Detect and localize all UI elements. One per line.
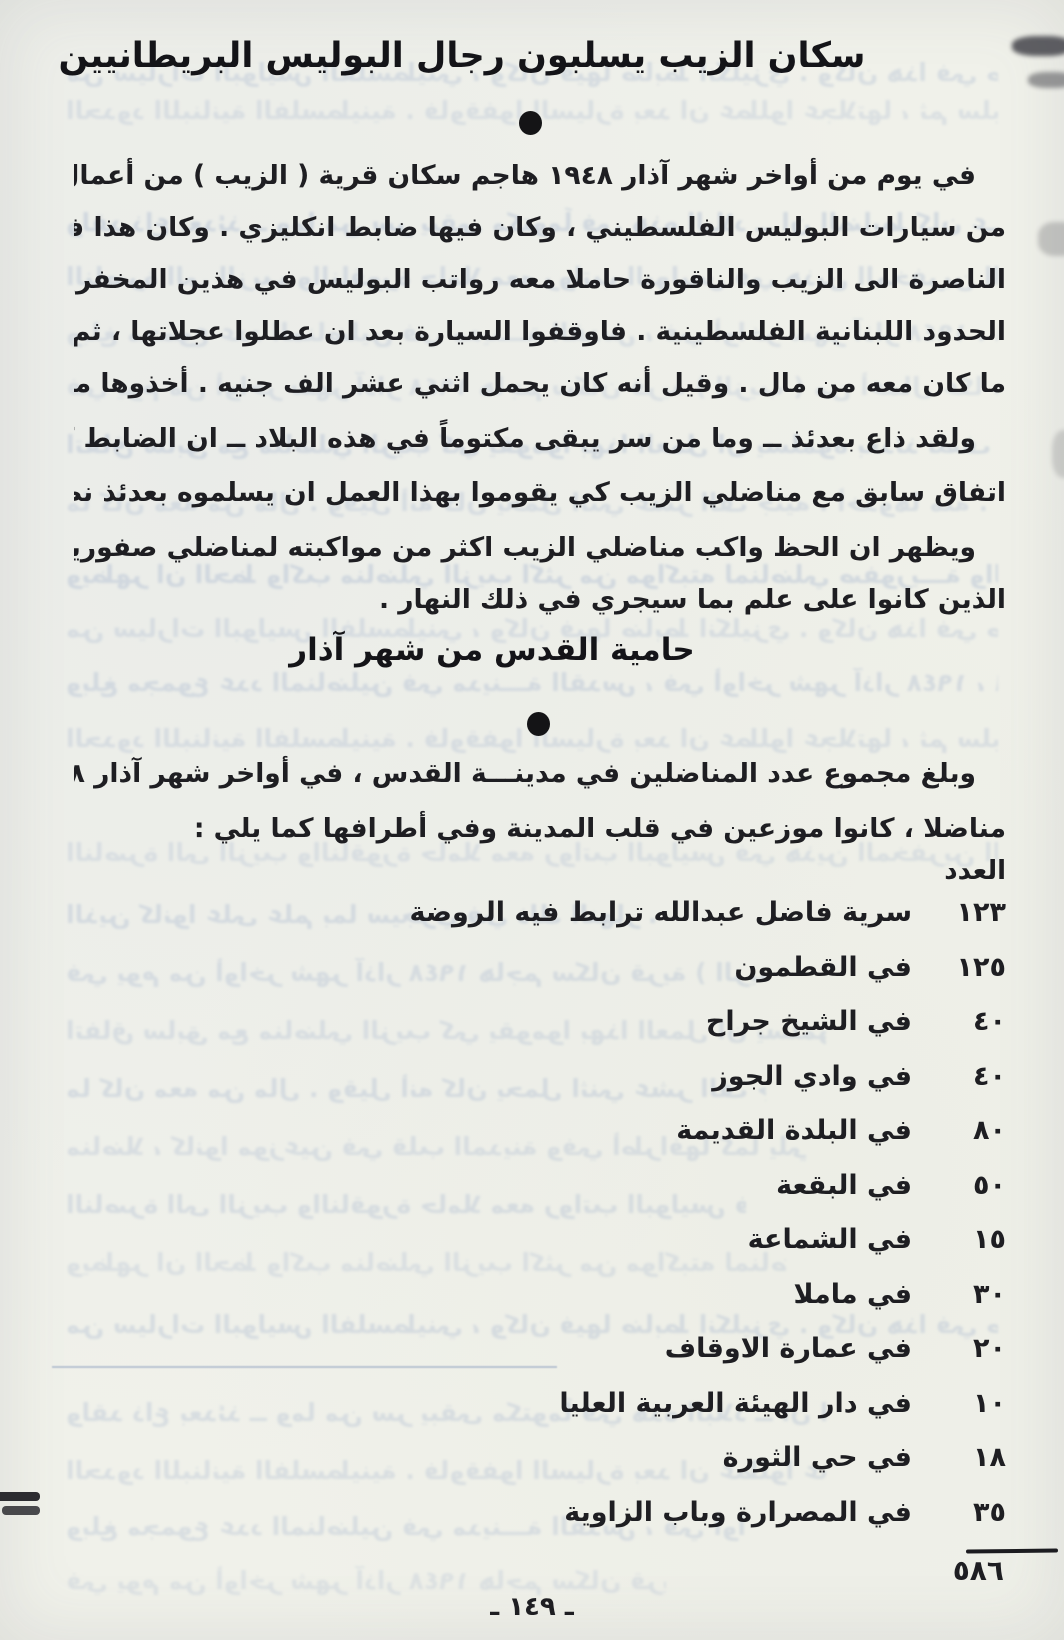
list-item: ٤٠ في الشيخ جراح xyxy=(74,1005,1006,1060)
bleed-through-text: في يوم من أواخر شهر آذار ١٩٤٨ هاجم سكان … xyxy=(66,1566,666,1595)
fighter-count: ٣٠ xyxy=(928,1278,1006,1312)
paragraph-line: في يوم من أواخر شهر آذار ١٩٤٨ هاجم سكان … xyxy=(74,150,1006,202)
list-item: ٢٠ في عمارة الاوقاف xyxy=(74,1332,1006,1387)
fighter-count: ٨٠ xyxy=(928,1114,1006,1148)
ink-smudge xyxy=(1052,430,1064,478)
location-label: في ماملا xyxy=(794,1278,912,1312)
count-column-header: العدد xyxy=(944,856,1006,886)
fighter-count: ٥٠ xyxy=(928,1169,1006,1203)
fighter-count: ١٥ xyxy=(928,1223,1006,1257)
location-label: في البقعة xyxy=(776,1169,912,1203)
fighter-count: ١٢٥ xyxy=(928,951,1006,985)
fighter-count: ١٨ xyxy=(928,1441,1006,1475)
list-item: ١٢٣ سرية فاضل عبدالله ترابط فيه الروضة xyxy=(74,896,1006,951)
garrison-list: ١٢٣ سرية فاضل عبدالله ترابط فيه الروضة ١… xyxy=(74,896,1006,1550)
paragraph-line: الناصرة الى الزيب والناقورة حاملا معه رو… xyxy=(74,254,1006,306)
separator-dot-icon xyxy=(527,712,550,736)
paragraph-line: من سيارات البوليس الفلسطيني ، وكان فيها … xyxy=(74,202,1006,254)
fighter-count: ٣٥ xyxy=(928,1496,1006,1530)
ink-smudge xyxy=(1012,36,1064,56)
paragraph-line: اتفاق سابق مع مناضلي الزيب كي يقوموا بهذ… xyxy=(74,466,1006,520)
ink-smudge xyxy=(1028,72,1064,88)
location-label: في عمارة الاوقاف xyxy=(665,1332,912,1366)
location-label: في حي الثورة xyxy=(723,1441,912,1475)
total-count: ٥٨٦ xyxy=(953,1554,1004,1587)
fighter-count: ٢٠ xyxy=(928,1332,1006,1366)
list-item: ٤٠ في وادي الجوز xyxy=(74,1060,1006,1115)
list-item: ١٢٥ في القطمون xyxy=(74,951,1006,1006)
article-title: سكان الزيب يسلبون رجال البوليس البريطاني… xyxy=(0,36,928,76)
separator-dot-icon xyxy=(519,111,542,135)
location-label: في المصرارة وباب الزاوية xyxy=(564,1496,912,1530)
fighter-count: ١٢٣ xyxy=(928,896,1006,930)
fighter-count: ٤٠ xyxy=(928,1005,1006,1039)
fighter-count: ١٠ xyxy=(928,1387,1006,1421)
paragraph-line: ويظهر ان الحظ واكب مناضلي الزيب اكثر من … xyxy=(74,522,1006,574)
list-item: ١٠ في دار الهيئة العربية العليا xyxy=(74,1387,1006,1442)
paragraph: وبلغ مجموع عدد المناضلين في مدينـــة الق… xyxy=(74,746,1006,856)
paragraph-line: الذين كانوا على علم بما سيجري في ذلك الن… xyxy=(74,574,1006,626)
list-item: ٣٠ في ماملا xyxy=(74,1278,1006,1333)
page-number: ـ ١٤٩ ـ xyxy=(0,1592,1064,1622)
paragraph: ويظهر ان الحظ واكب مناضلي الزيب اكثر من … xyxy=(74,522,1006,626)
paragraph-line: وبلغ مجموع عدد المناضلين في مدينـــة الق… xyxy=(74,746,1006,801)
paragraph-line: الحدود اللبنانية الفلسطينية . فاوقفوا ال… xyxy=(74,306,1006,358)
paragraph: ولقد ذاع بعدئذ ــ وما من سر يبقى مكتوماً… xyxy=(74,412,1006,520)
location-label: في وادي الجوز xyxy=(712,1060,912,1094)
paragraph-line: ولقد ذاع بعدئذ ــ وما من سر يبقى مكتوماً… xyxy=(74,412,1006,466)
location-label: في الشماعة xyxy=(748,1223,912,1257)
list-item: ١٥ في الشماعة xyxy=(74,1223,1006,1278)
list-item: ٣٥ في المصرارة وباب الزاوية xyxy=(74,1496,1006,1551)
paragraph-line: ما كان معه من مال . وقيل أنه كان يحمل اث… xyxy=(74,358,1006,410)
sum-rule xyxy=(966,1549,1058,1553)
location-label: سرية فاضل عبدالله ترابط فيه الروضة xyxy=(410,896,912,930)
list-item: ١٨ في حي الثورة xyxy=(74,1441,1006,1496)
ink-smudge xyxy=(1038,222,1064,256)
bleed-through-text: وبلغ مجموع عدد المناضلين في مدينـــة الق… xyxy=(66,668,998,697)
location-label: في البلدة القديمة xyxy=(676,1114,912,1148)
fighter-count: ٤٠ xyxy=(928,1060,1006,1094)
location-label: في الشيخ جراح xyxy=(706,1005,912,1039)
list-item: ٥٠ في البقعة xyxy=(74,1169,1006,1224)
paragraph: في يوم من أواخر شهر آذار ١٩٤٨ هاجم سكان … xyxy=(74,150,1006,410)
location-label: في القطمون xyxy=(734,951,912,985)
location-label: في دار الهيئة العربية العليا xyxy=(559,1387,912,1421)
margin-mark xyxy=(0,1492,40,1520)
scanned-book-page: من سيارات البوليس الفلسطيني ، وكان فيها … xyxy=(0,0,1064,1640)
list-item: ٨٠ في البلدة القديمة xyxy=(74,1114,1006,1169)
section-title: حامية القدس من شهر آذار xyxy=(26,632,958,668)
paragraph-line: مناضلا ، كانوا موزعين في قلب المدينة وفي… xyxy=(74,801,1006,856)
